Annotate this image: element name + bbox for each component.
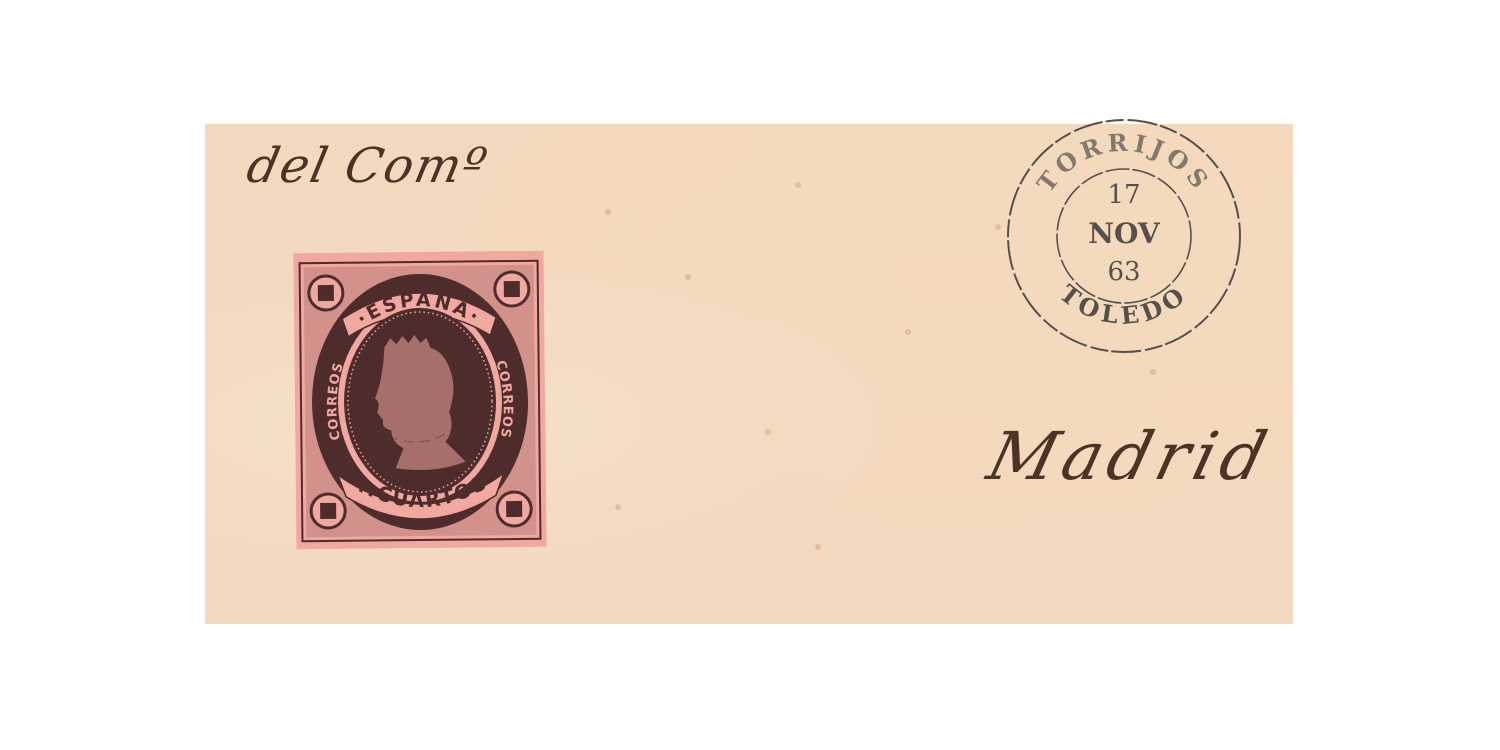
postmark: TORRIJOS TOLEDO 17 NOV 63	[1005, 117, 1243, 355]
foxing-spot	[615, 504, 621, 510]
handwritten-destination: Madrid	[980, 418, 1279, 495]
foxing-spot	[605, 209, 611, 215]
postage-stamp: ·ESPAÑA· ·4.CUARTOS· CORREOS CORREOS	[293, 251, 546, 550]
postmark-month: NOV	[1088, 217, 1160, 250]
handwritten-note: del Comº	[242, 138, 493, 194]
foxing-spot	[815, 544, 821, 550]
postmark-day: 17	[1107, 180, 1140, 210]
foxing-spot	[685, 274, 691, 280]
postmark-year: 63	[1107, 257, 1140, 287]
foxing-spot	[765, 429, 771, 435]
foxing-spot	[795, 182, 801, 188]
foxing-spot	[905, 329, 911, 335]
foxing-spot	[995, 224, 1001, 230]
foxing-spot	[1150, 369, 1156, 375]
